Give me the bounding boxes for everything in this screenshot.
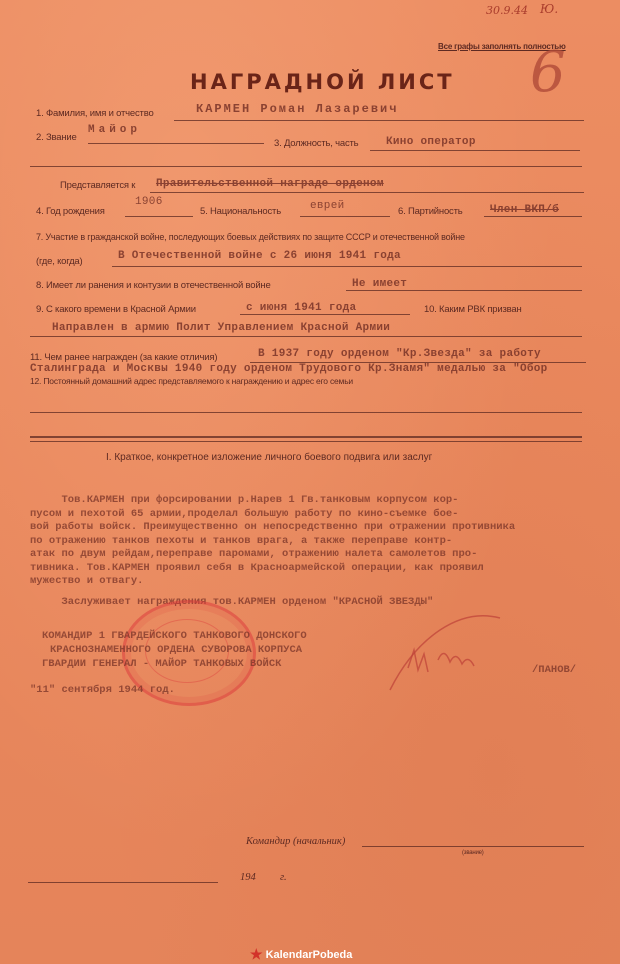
field-6-value: Член ВКП/б [490,204,559,216]
field-7-label: 7. Участие в гражданской войне, последую… [36,232,465,242]
body-line: пусом и пехотой 65 армии,проделал большу… [30,508,515,522]
field-4-value: 1906 [135,196,163,208]
star-icon: ★ [250,946,263,963]
field-7-label-where: (где, когда) [36,256,82,267]
body-line: по отражению танков пехоты и танков враг… [30,535,515,549]
field-3-label: 3. Должность, часть [274,138,358,149]
body-line: атак по двум рейдам,переправе паромами, … [30,548,515,562]
signature-line-3: ГВАРДИИ ГЕНЕРАЛ - МАЙОР ТАНКОВЫХ ВОЙСК [42,658,281,672]
signature-line-1: КОМАНДИР 1 ГВАРДЕЙСКОГО ТАНКОВОГО ДОНСКО… [42,630,307,644]
presented-value: Правительственной награде орденом [156,178,384,190]
field-8-value: Не имеет [352,278,407,290]
field-12-label: 12. Постоянный домашний адрес представля… [30,376,353,386]
field-6-label: 6. Партийность [398,206,463,217]
handwritten-mark: 6 [530,40,566,105]
field-3-value: Кино оператор [386,136,476,148]
date-line-year: 194 [240,872,256,883]
body-line: мужество и отвагу. [30,575,515,589]
field-11-value: В 1937 году орденом "Кр.Звезда" за работ… [258,348,541,360]
rank-hint: (звание) [462,850,484,856]
body-line: вой работы войск. Преимущественно он неп… [30,521,515,535]
field-10-label: 10. Каким РВК призван [424,304,522,315]
watermark-text: KalendarPobeda [266,949,353,961]
signature-line-2: КРАСНОЗНАМЕННОГО ОРДЕНА СУВОРОВА КОРПУСА [50,644,302,658]
handwritten-signature [380,610,520,700]
field-9-value: с июня 1941 года [246,302,356,314]
field-2-label: 2. Звание [36,132,77,143]
field-5-label: 5. Национальность [200,206,281,217]
field-9-label: 9. С какого времени в Красной Армии [36,304,196,315]
watermark: ★ KalendarPobeda [250,946,352,963]
signer-name: /ПАНОВ/ [532,664,576,678]
section-1-heading: I. Краткое, конкретное изложение личного… [106,452,432,463]
handwritten-initial: Ю. [540,2,558,16]
body-line: Тов.КАРМЕН при форсировании р.Нарев 1 Гв… [30,494,515,508]
field-10-value: Направлен в армию Полит Управлением Крас… [52,322,390,334]
field-1-label: 1. Фамилия, имя и отчество [36,108,154,119]
field-7-value: В Отечественной войне с 26 июня 1941 год… [118,250,401,262]
date-line-suffix: г. [280,872,287,883]
field-1-value: КАРМЕН Роман Лазаревич [196,102,398,116]
field-2-value: Майор [88,124,141,136]
field-8-label: 8. Имеет ли ранения и контузии в отечест… [36,280,271,291]
body-line: тивника. Тов.КАРМЕН проявил себя в Красн… [30,562,515,576]
award-sheet-page: 30.9.44 Ю. Все графы заполнять полностью… [0,0,620,964]
section-1-body: Тов.КАРМЕН при форсировании р.Нарев 1 Гв… [30,494,515,589]
signature-date: "11" сентября 1944 год. [30,684,175,698]
field-11-label: 11. Чем ранее награжден (за какие отличи… [30,352,217,363]
field-4-label: 4. Год рождения [36,206,105,217]
commander-label: Командир (начальник) [246,836,345,847]
handwritten-date: 30.9.44 [486,4,528,17]
field-11-value-continued: Сталинграда и Москвы 1940 году орденом Т… [30,363,548,375]
recommendation-text: Заслуживает награждения тов.КАРМЕН орден… [30,596,433,610]
document-title: НАГРАДНОЙ ЛИСТ [190,70,455,94]
presented-label: Представляется к [60,180,135,191]
field-5-value: еврей [310,200,345,212]
